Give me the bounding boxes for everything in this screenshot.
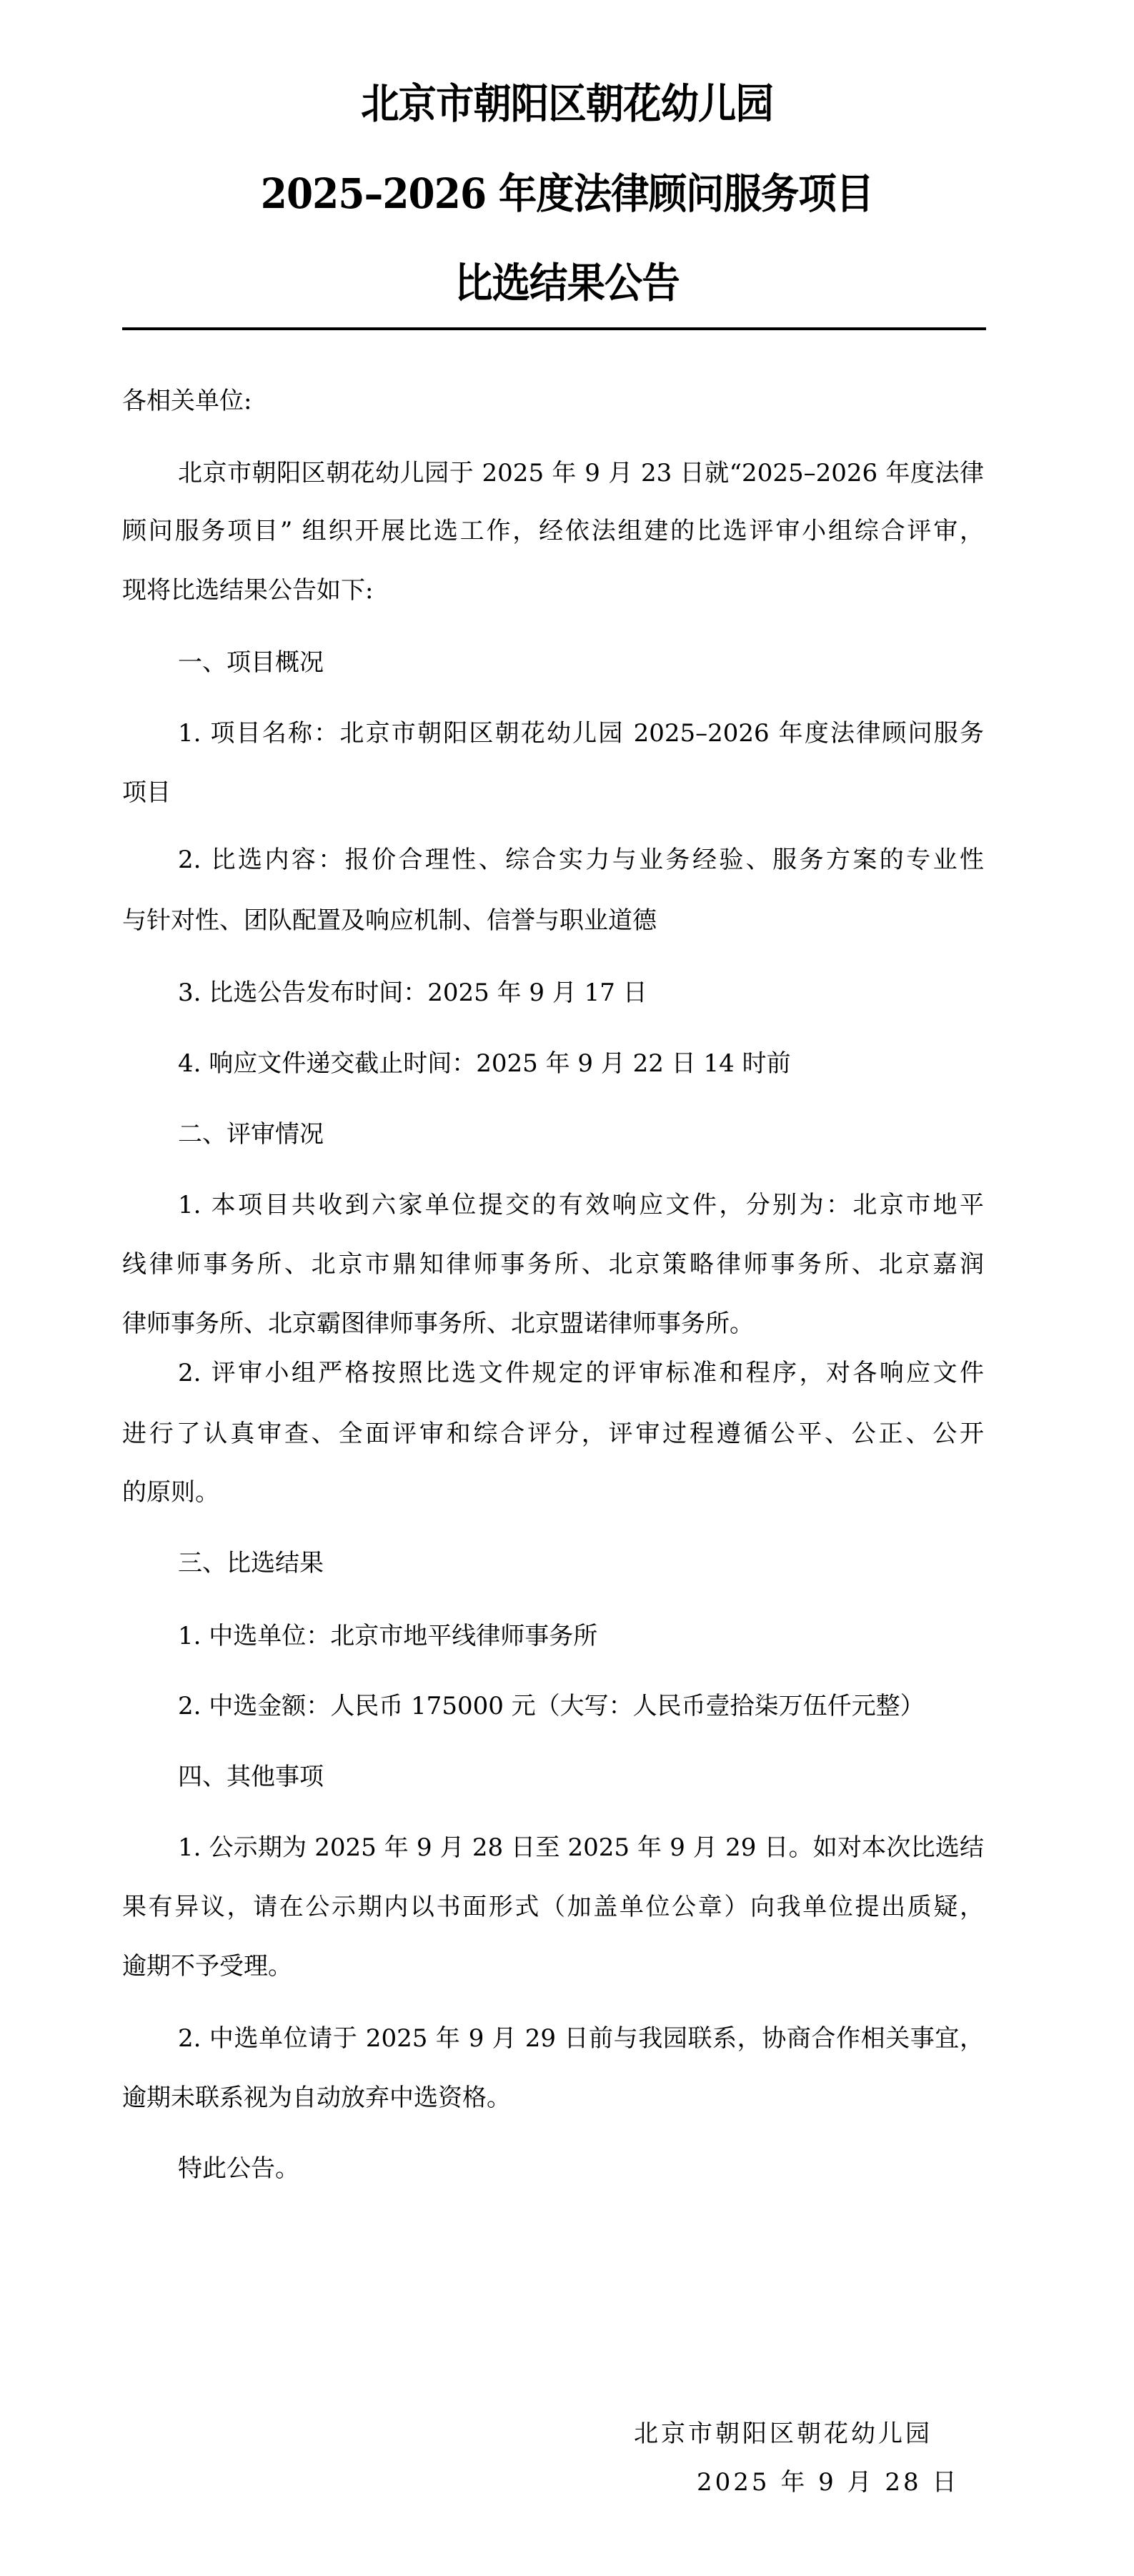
item-line: 2. 比选内容：报价合理性、综合实力与业务经验、服务方案的专业性 xyxy=(178,844,984,876)
item-line: 果有异议，请在公示期内以书面形式（加盖单位公章）向我单位提出质疑， xyxy=(122,1891,984,1923)
signature-date: 2025 年 9 月 28 日 xyxy=(697,2467,959,2498)
item-line: 线律师事务所、北京市鼎知律师事务所、北京策略律师事务所、北京嘉润 xyxy=(122,1249,984,1280)
intro-line: 北京市朝阳区朝花幼儿园于 2025 年 9 月 23 日就“2025–2026 … xyxy=(178,457,984,489)
item-line: 1. 本项目共收到六家单位提交的有效响应文件，分别为：北京市地平 xyxy=(178,1189,984,1221)
title-divider xyxy=(122,327,986,330)
intro-line: 现将比选结果公告如下: xyxy=(122,575,373,606)
section-heading: 一、项目概况 xyxy=(178,647,324,678)
item-line: 律师事务所、北京霸图律师事务所、北京盟诺律师事务所。 xyxy=(122,1308,754,1339)
item-line: 逾期未联系视为自动放弃中选资格。 xyxy=(122,2082,511,2114)
item-line: 1. 项目名称：北京市朝阳区朝花幼儿园 2025–2026 年度法律顾问服务 xyxy=(178,718,984,749)
closing-statement: 特此公告。 xyxy=(178,2153,299,2184)
item-line: 1. 公示期为 2025 年 9 月 28 日至 2025 年 9 月 29 日… xyxy=(178,1832,984,1863)
winning-amount: 2. 中选金额：人民币 175000 元（大写：人民币壹拾柒万伍仟元整） xyxy=(178,1690,925,1722)
document-page: 北京市朝阳区朝花幼儿园 2025–2026 年度法律顾问服务项目 比选结果公告 … xyxy=(0,0,1134,2576)
title-line-1: 北京市朝阳区朝花幼儿园 xyxy=(45,79,1088,129)
item-line: 2. 中选单位请于 2025 年 9 月 29 日前与我园联系，协商合作相关事宜… xyxy=(178,2023,984,2054)
section-heading: 三、比选结果 xyxy=(178,1547,324,1579)
item-line: 项目 xyxy=(122,777,171,808)
item-line: 3. 比选公告发布时间：2025 年 9 月 17 日 xyxy=(178,977,647,1009)
section-heading: 二、评审情况 xyxy=(178,1119,324,1150)
item-line: 与针对性、团队配置及响应机制、信誉与职业道德 xyxy=(122,905,657,936)
title-line-3: 比选结果公告 xyxy=(45,258,1088,308)
winning-bidder: 1. 中选单位：北京市地平线律师事务所 xyxy=(178,1620,597,1652)
item-line: 的原则。 xyxy=(122,1477,219,1508)
title-line-2: 2025–2026 年度法律顾问服务项目 xyxy=(45,169,1088,219)
section-heading: 四、其他事项 xyxy=(178,1761,324,1793)
item-line: 4. 响应文件递交截止时间：2025 年 9 月 22 日 14 时前 xyxy=(178,1048,791,1079)
item-line: 进行了认真审查、全面评审和综合评分，评审过程遵循公平、公正、公开 xyxy=(122,1418,984,1450)
item-line: 逾期不予受理。 xyxy=(122,1951,292,1982)
intro-line: 顾问服务项目” 组织开展比选工作，经依法组建的比选评审小组综合评审， xyxy=(122,515,984,547)
signature-organization: 北京市朝阳区朝花幼儿园 xyxy=(634,2418,932,2449)
salutation: 各相关单位: xyxy=(122,385,252,417)
item-line: 2. 评审小组严格按照比选文件规定的评审标准和程序，对各响应文件 xyxy=(178,1357,984,1389)
